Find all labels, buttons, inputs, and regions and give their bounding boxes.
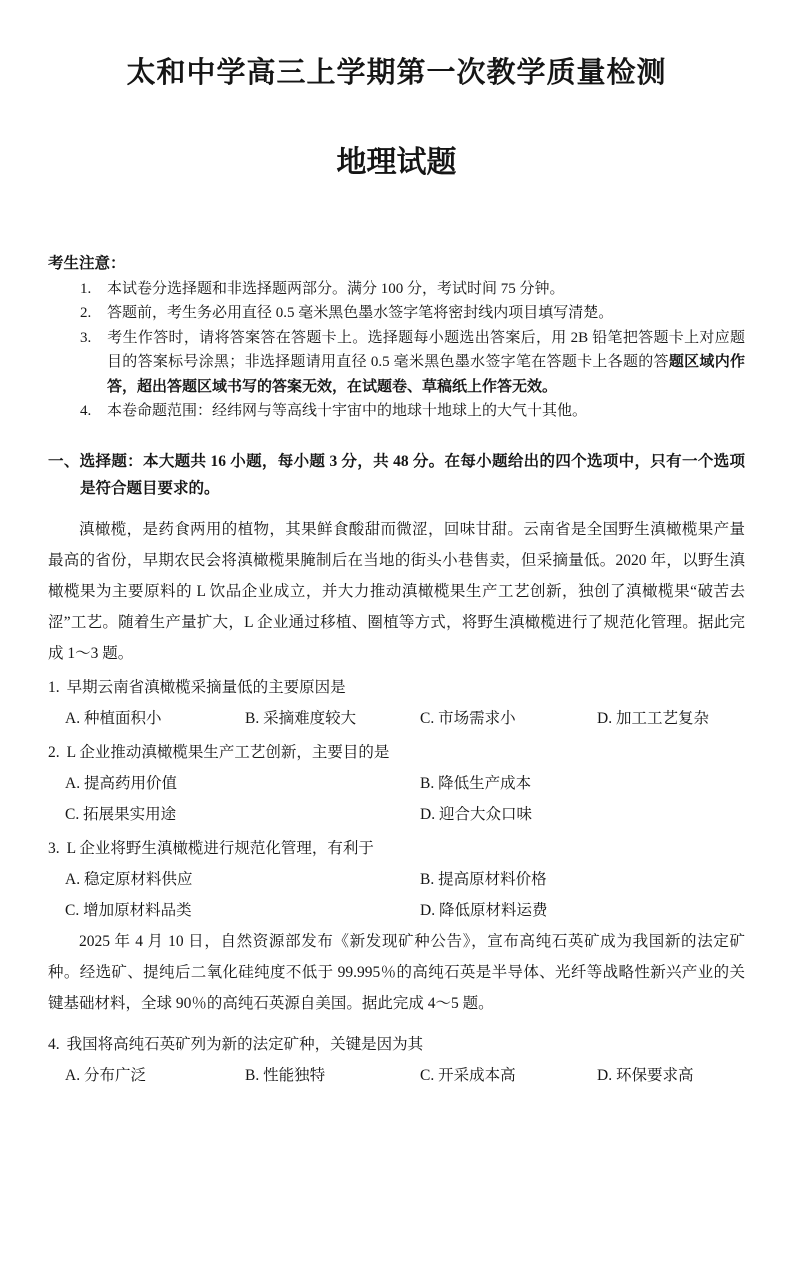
question-text: 早期云南省滇橄榄采摘量低的主要原因是 <box>67 679 346 696</box>
question-text: L 企业将野生滇橄榄进行规范化管理，有利于 <box>67 840 374 857</box>
option-b: B. 采摘难度较大 <box>245 703 420 734</box>
option-a: A. 分布广泛 <box>65 1060 245 1091</box>
option-c: C. 增加原材料品类 <box>65 895 420 926</box>
question-stem: 4.我国将高纯石英矿列为新的法定矿种，关键是因为其 <box>48 1029 745 1060</box>
notice-item-text: 本卷命题范围：经纬网与等高线十宇宙中的地球十地球上的大气十其他。 <box>107 403 587 419</box>
question-2: 2.L 企业推动滇橄榄果生产工艺创新，主要目的是 A. 提高药用价值 B. 降低… <box>48 737 745 830</box>
question-text: 我国将高纯石英矿列为新的法定矿种，关键是因为其 <box>67 1036 424 1053</box>
page-title: 太和中学高三上学期第一次教学质量检测 <box>48 0 745 92</box>
option-b: B. 性能独特 <box>245 1060 420 1091</box>
notice-section: 考生注意： 1.本试卷分选择题和非选择题两部分。满分 100 分，考试时间 75… <box>48 252 745 424</box>
notice-item-4: 4.本卷命题范围：经纬网与等高线十宇宙中的地球十地球上的大气十其他。 <box>80 399 745 424</box>
option-d: D. 迎合大众口味 <box>420 799 745 830</box>
notice-item-number: 4. <box>80 399 107 424</box>
option-c: C. 市场需求小 <box>420 703 597 734</box>
option-d: D. 环保要求高 <box>597 1060 745 1091</box>
question-options: A. 提高药用价值 B. 降低生产成本 C. 拓展果实用途 D. 迎合大众口味 <box>48 768 745 830</box>
notice-item-number: 2. <box>80 301 107 326</box>
question-number: 2. <box>48 744 60 761</box>
option-d: D. 降低原材料运费 <box>420 895 745 926</box>
passage-2: 2025 年 4 月 10 日，自然资源部发布《新发现矿种公告》，宣布高纯石英矿… <box>48 926 745 1019</box>
notice-item-text: 答题前，考生务必用直径 0.5 毫米黑色墨水签字笔将密封线内项目填写清楚。 <box>107 305 613 321</box>
option-a: A. 提高药用价值 <box>65 768 420 799</box>
question-stem: 1.早期云南省滇橄榄采摘量低的主要原因是 <box>48 672 745 703</box>
option-c: C. 拓展果实用途 <box>65 799 420 830</box>
notice-item-3: 3.考生作答时，请将答案答在答题卡上。选择题每小题选出答案后，用 2B 铅笔把答… <box>80 326 745 400</box>
notice-item-number: 3. <box>80 326 107 351</box>
notice-item-text: 考生作答时，请将答案答在答题卡上。选择题每小题选出答案后，用 2B 铅笔把答题卡… <box>107 330 745 371</box>
option-c: C. 开采成本高 <box>420 1060 597 1091</box>
exam-page: 太和中学高三上学期第一次教学质量检测 地理试题 考生注意： 1.本试卷分选择题和… <box>0 0 793 1091</box>
question-stem: 2.L 企业推动滇橄榄果生产工艺创新，主要目的是 <box>48 737 745 768</box>
question-number: 3. <box>48 840 60 857</box>
notice-item-number: 1. <box>80 277 107 302</box>
doc-subtitle: 地理试题 <box>48 144 745 182</box>
question-text: L 企业推动滇橄榄果生产工艺创新，主要目的是 <box>67 744 390 761</box>
section-header-choice-questions: 一、选择题：本大题共 16 小题，每小题 3 分，共 48 分。在每小题给出的四… <box>48 448 745 502</box>
option-d: D. 加工工艺复杂 <box>597 703 745 734</box>
notice-item-1: 1.本试卷分选择题和非选择题两部分。满分 100 分，考试时间 75 分钟。 <box>80 277 745 302</box>
question-4: 4.我国将高纯石英矿列为新的法定矿种，关键是因为其 A. 分布广泛 B. 性能独… <box>48 1029 745 1091</box>
notice-list: 1.本试卷分选择题和非选择题两部分。满分 100 分，考试时间 75 分钟。 2… <box>80 277 745 424</box>
option-a: A. 稳定原材料供应 <box>65 864 420 895</box>
question-options: A. 分布广泛 B. 性能独特 C. 开采成本高 D. 环保要求高 <box>48 1060 745 1091</box>
option-a: A. 种植面积小 <box>65 703 245 734</box>
question-3: 3.L 企业将野生滇橄榄进行规范化管理，有利于 A. 稳定原材料供应 B. 提高… <box>48 833 745 926</box>
notice-item-2: 2.答题前，考生务必用直径 0.5 毫米黑色墨水签字笔将密封线内项目填写清楚。 <box>80 301 745 326</box>
option-b: B. 提高原材料价格 <box>420 864 745 895</box>
notice-item-text: 本试卷分选择题和非选择题两部分。满分 100 分，考试时间 75 分钟。 <box>107 281 565 297</box>
question-options: A. 种植面积小 B. 采摘难度较大 C. 市场需求小 D. 加工工艺复杂 <box>48 703 745 734</box>
option-b: B. 降低生产成本 <box>420 768 745 799</box>
question-1: 1.早期云南省滇橄榄采摘量低的主要原因是 A. 种植面积小 B. 采摘难度较大 … <box>48 672 745 734</box>
passage-1: 滇橄榄，是药食两用的植物，其果鲜食酸甜而微涩，回味甘甜。云南省是全国野生滇橄榄果… <box>48 514 745 669</box>
notice-heading: 考生注意： <box>48 252 745 277</box>
question-options: A. 稳定原材料供应 B. 提高原材料价格 C. 增加原材料品类 D. 降低原材… <box>48 864 745 926</box>
question-number: 1. <box>48 679 60 696</box>
question-number: 4. <box>48 1036 60 1053</box>
question-stem: 3.L 企业将野生滇橄榄进行规范化管理，有利于 <box>48 833 745 864</box>
